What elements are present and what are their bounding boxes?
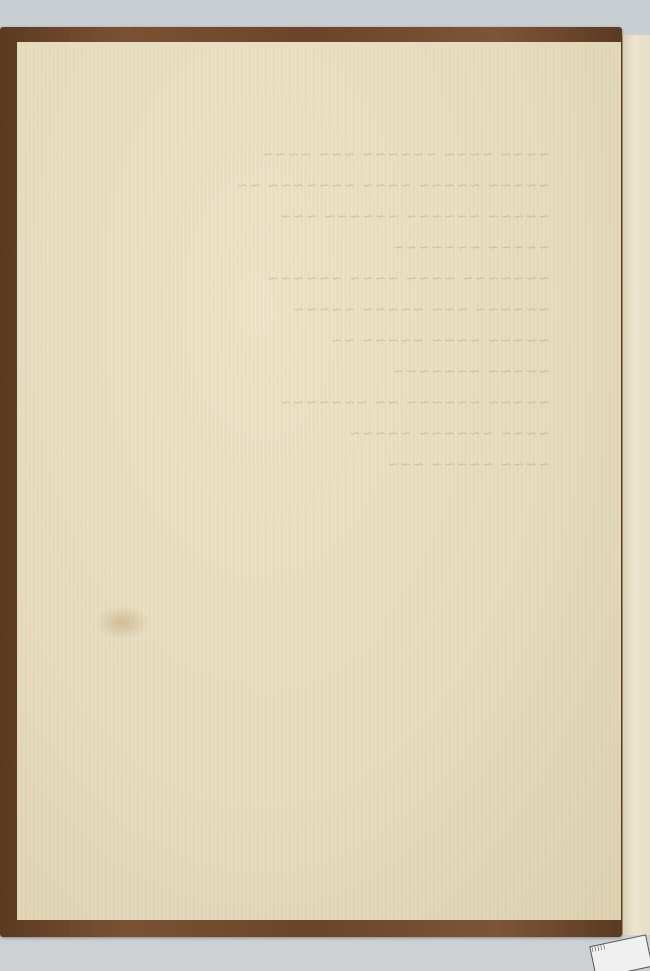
bleed-line: ~~~~~ ~~~~~ ~~~~ ~~~~~~~ ~~	[150, 171, 550, 202]
right-page-edge	[622, 35, 650, 935]
paper-stain	[95, 605, 150, 640]
bleed-line: ~~~~~ ~~~~~~ ~~~~~~ ~~~	[150, 202, 550, 233]
bleed-line: ~~~~ ~~~~~~ ~~~~~	[150, 419, 550, 450]
bleed-line: ~~~~~ ~~~~ ~~~~~ ~~	[150, 326, 550, 357]
label-text: |||||	[590, 944, 606, 953]
bleed-line: ~~~~~ ~~~~~~ ~~ ~~~~~~~	[150, 388, 550, 419]
bleed-line: ~~~~~~~ ~~~~ ~~~~ ~~~~~~	[150, 264, 550, 295]
bleed-line: ~~~~~~ ~~~ ~~~~~ ~~~~~	[150, 295, 550, 326]
bleed-through-text: ~~~~ ~~~~ ~~~~~~ ~~~ ~~~~ ~~~~~ ~~~~~ ~~…	[150, 140, 550, 500]
bleed-line: ~~~~~ ~~~~~~~	[150, 233, 550, 264]
archive-label: |||||	[589, 934, 650, 971]
bleed-line: ~~~~~ ~~~~~~~	[150, 357, 550, 388]
bleed-line: ~~~~ ~~~~~ ~~~	[150, 450, 550, 481]
bleed-line: ~~~~ ~~~~ ~~~~~~ ~~~ ~~~~	[150, 140, 550, 171]
